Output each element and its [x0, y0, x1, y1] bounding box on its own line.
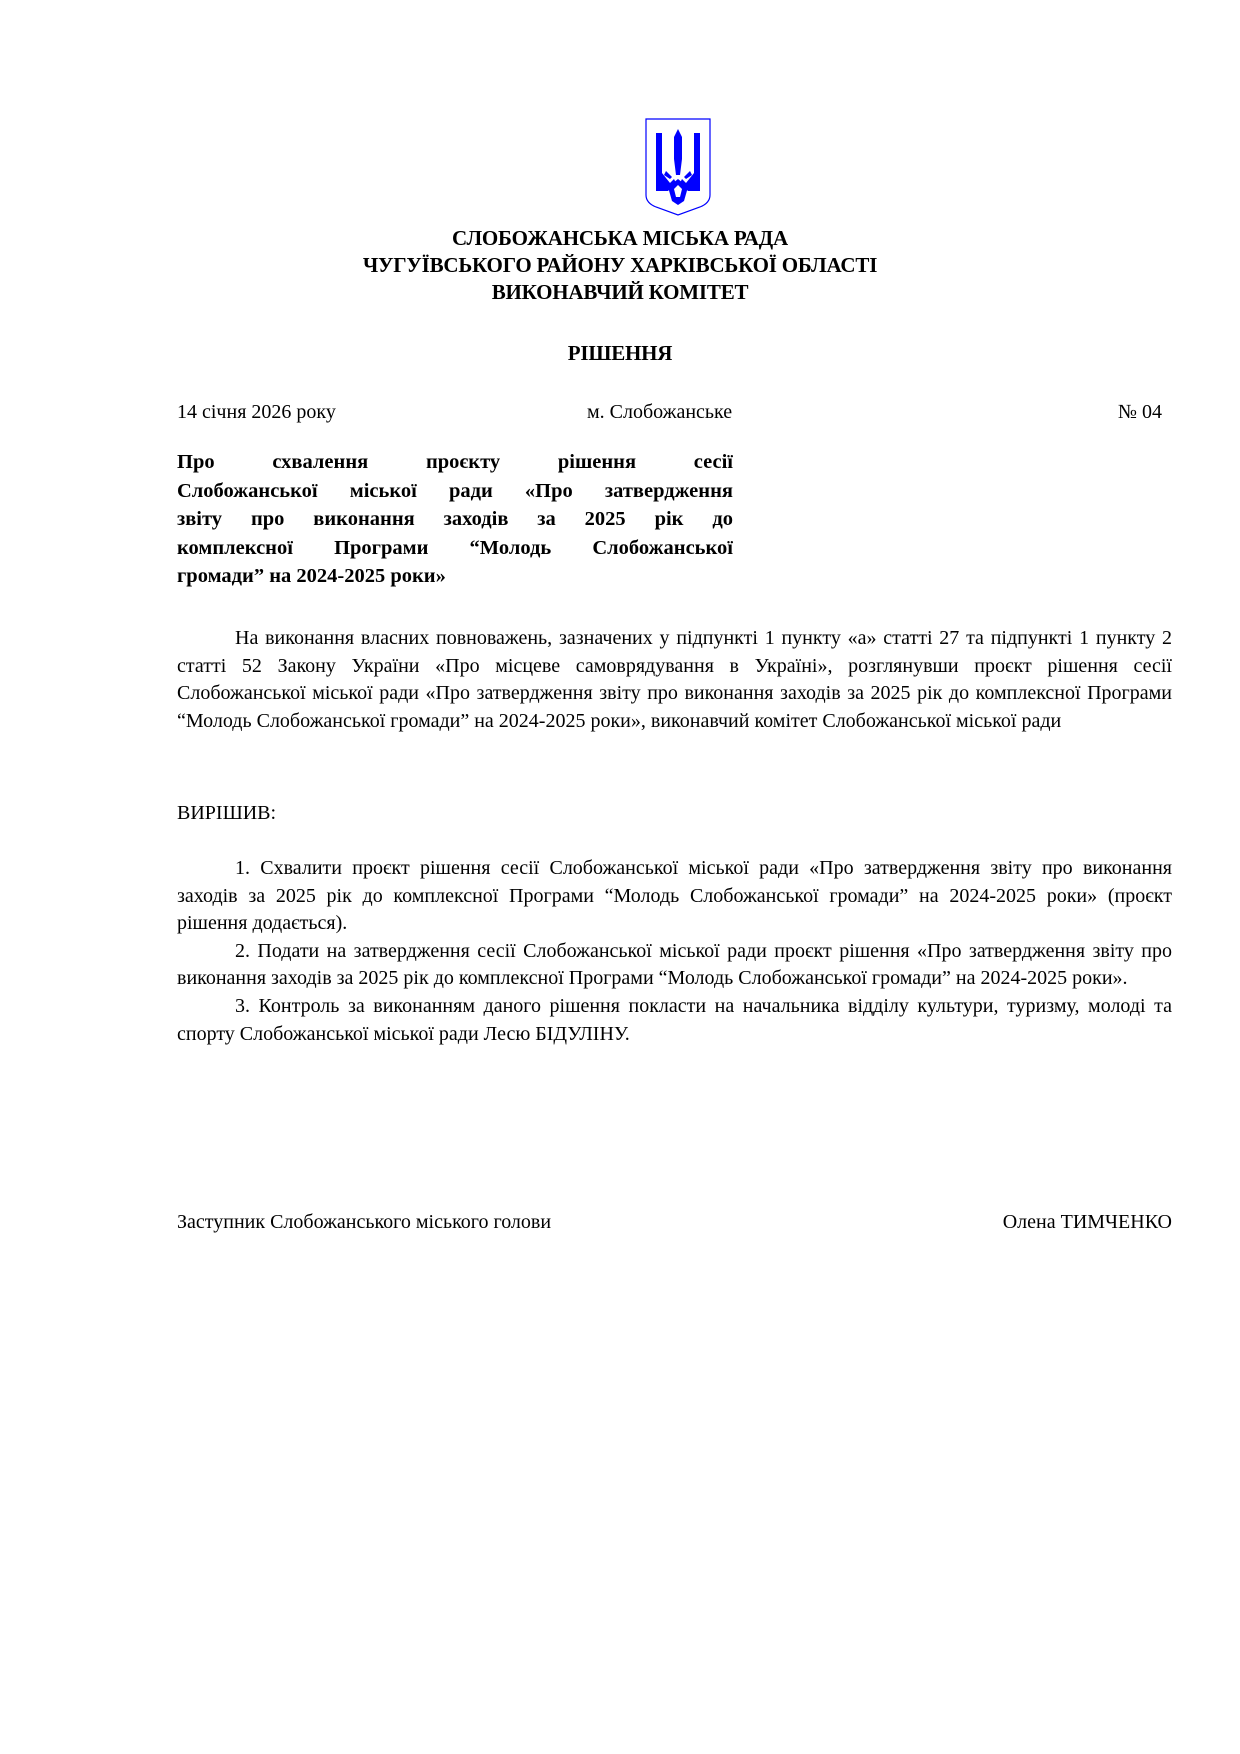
preamble-section: На виконання власних повноважень, зазнач… [177, 625, 1172, 735]
subject-line: комплексної Програми “Молодь Слобожанськ… [177, 534, 733, 563]
resolution-items: 1. Схвалити проєкт рішення сесії Слобожа… [177, 855, 1172, 1048]
dateline: 14 січня 2026 року м. Слобожанське № 04 [177, 398, 1172, 426]
district-region: ЧУГУЇВСЬКОГО РАЙОНУ ХАРКІВСЬКОЇ ОБЛАСТІ [0, 252, 1240, 279]
decision-city: м. Слобожанське [587, 398, 732, 426]
resolved-label: ВИРІШИВ: [177, 800, 1172, 828]
document-page: СЛОБОЖАНСЬКА МІСЬКА РАДА ЧУГУЇВСЬКОГО РА… [0, 0, 1240, 1754]
resolution-item-2: 2. Подати на затвердження сесії Слобожан… [177, 938, 1172, 993]
preamble-paragraph: На виконання власних повноважень, зазнач… [177, 625, 1172, 735]
signatory-name: Олена ТИМЧЕНКО [1003, 1208, 1172, 1236]
subject-line: Про схвалення проєкту рішення сесії [177, 448, 733, 477]
decision-date: 14 січня 2026 року [177, 398, 336, 426]
signatory-position: Заступник Слобожанського міського голови [177, 1208, 551, 1236]
executive-committee: ВИКОНАВЧИЙ КОМІТЕТ [0, 279, 1240, 306]
subject-line: громади” на 2024-2025 роки» [177, 562, 733, 591]
resolution-item-3: 3. Контроль за виконанням даного рішення… [177, 993, 1172, 1048]
issuer-header: СЛОБОЖАНСЬКА МІСЬКА РАДА ЧУГУЇВСЬКОГО РА… [0, 225, 1240, 306]
signature-block: Заступник Слобожанського міського голови… [177, 1208, 1172, 1236]
resolution-item-1: 1. Схвалити проєкт рішення сесії Слобожа… [177, 855, 1172, 938]
decision-number: № 04 [1118, 398, 1162, 426]
council-name: СЛОБОЖАНСЬКА МІСЬКА РАДА [0, 225, 1240, 252]
subject-line: звіту про виконання заходів за 2025 рік … [177, 505, 733, 534]
coat-of-arms-icon [644, 117, 712, 217]
decision-subject: Про схвалення проєкту рішення сесії Слоб… [177, 448, 733, 591]
document-type-title: РІШЕННЯ [0, 340, 1240, 367]
subject-line: Слобожанської міської ради «Про затвердж… [177, 477, 733, 506]
